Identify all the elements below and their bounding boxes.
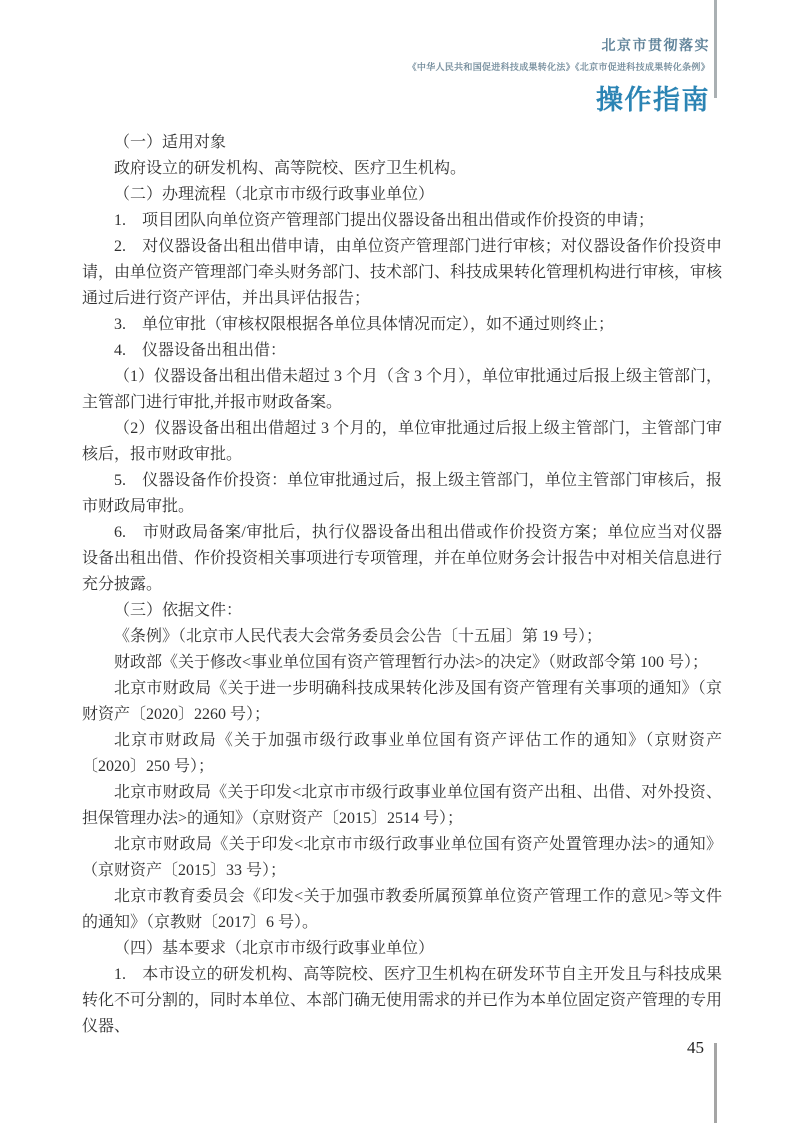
reference-item: 《条例》（北京市人民代表大会常务委员会公告〔十五届〕第 19 号）； bbox=[82, 624, 722, 650]
section-heading: （四）基本要求（北京市市级行政事业单位） bbox=[82, 936, 722, 962]
reference-item: 北京市财政局《关于加强市级行政事业单位国有资产评估工作的通知》（京财资产〔202… bbox=[82, 728, 722, 780]
numbered-item: 5. 仪器设备作价投资：单位审批通过后，报上级主管部门，单位主管部门审核后，报市… bbox=[82, 468, 722, 520]
reference-item: 北京市财政局《关于印发<北京市市级行政事业单位国有资产处置管理办法>的通知》（京… bbox=[82, 832, 722, 884]
numbered-item: 3. 单位审批（审核权限根据各单位具体情况而定），如不通过则终止； bbox=[82, 312, 722, 338]
header-divider-line bbox=[714, 0, 717, 98]
numbered-item: 1. 本市设立的研发机构、高等院校、医疗卫生机构在研发环节自主开发且与科技成果转… bbox=[82, 962, 722, 1040]
document-page: 北京市贯彻落实 《中华人民共和国促进科技成果转化法》《北京市促进科技成果转化条例… bbox=[0, 0, 794, 1123]
body-paragraph: 政府设立的研发机构、高等院校、医疗卫生机构。 bbox=[82, 156, 722, 182]
footer-divider-line bbox=[714, 1043, 717, 1123]
numbered-item: 6. 市财政局备案/审批后，执行仪器设备出租出借或作价投资方案；单位应当对仪器设… bbox=[82, 520, 722, 598]
section-heading: （一）适用对象 bbox=[82, 130, 722, 156]
reference-item: 北京市财政局《关于印发<北京市市级行政事业单位国有资产出租、出借、对外投资、担保… bbox=[82, 780, 722, 832]
sub-item: （1）仪器设备出租出借未超过 3 个月（含 3 个月），单位审批通过后报上级主管… bbox=[82, 364, 722, 416]
reference-item: 财政部《关于修改<事业单位国有资产管理暂行办法>的决定》（财政部令第 100 号… bbox=[82, 650, 722, 676]
reference-item: 北京市教育委员会《印发<关于加强市教委所属预算单位资产管理工作的意见>等文件的通… bbox=[82, 884, 722, 936]
header-subtitle-laws: 《中华人民共和国促进科技成果转化法》《北京市促进科技成果转化条例》 bbox=[408, 60, 710, 73]
section-heading: （二）办理流程（北京市市级行政事业单位） bbox=[82, 182, 722, 208]
numbered-item: 2. 对仪器设备出租出借申请，由单位资产管理部门进行审核；对仪器设备作价投资申请… bbox=[82, 234, 722, 312]
header-title-line1: 北京市贯彻落实 bbox=[408, 35, 710, 55]
numbered-item: 4. 仪器设备出租出借： bbox=[82, 338, 722, 364]
section-heading: （三）依据文件： bbox=[82, 598, 722, 624]
sub-item: （2）仪器设备出租出借超过 3 个月的，单位审批通过后报上级主管部门，主管部门审… bbox=[82, 416, 722, 468]
page-header: 北京市贯彻落实 《中华人民共和国促进科技成果转化法》《北京市促进科技成果转化条例… bbox=[408, 35, 710, 117]
numbered-item: 1. 项目团队向单位资产管理部门提出仪器设备出租出借或作价投资的申请； bbox=[82, 208, 722, 234]
reference-item: 北京市财政局《关于进一步明确科技成果转化涉及国有资产管理有关事项的通知》（京财资… bbox=[82, 676, 722, 728]
document-body: （一）适用对象 政府设立的研发机构、高等院校、医疗卫生机构。 （二）办理流程（北… bbox=[82, 130, 722, 1040]
header-title-operation-guide: 操作指南 bbox=[408, 78, 710, 117]
page-number: 45 bbox=[687, 1038, 704, 1058]
